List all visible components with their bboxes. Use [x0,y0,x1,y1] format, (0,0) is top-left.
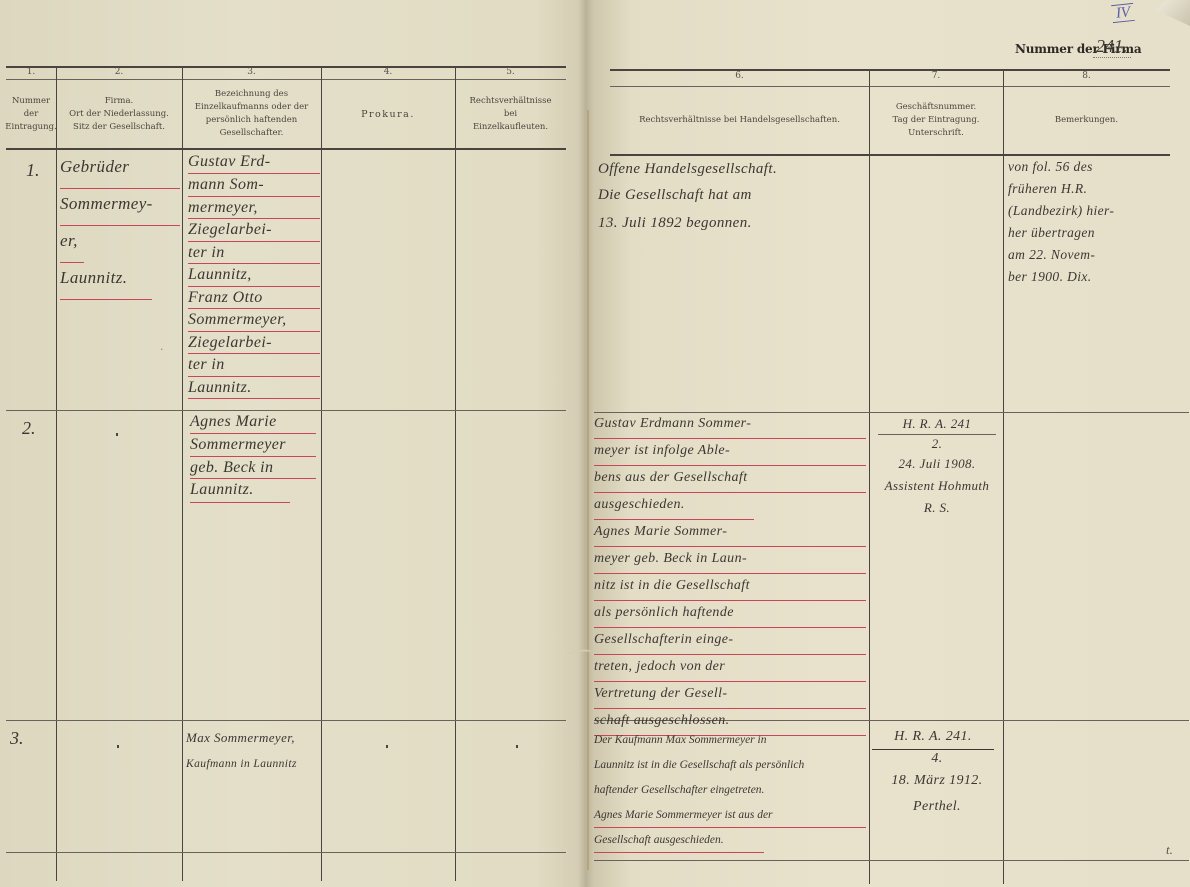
company-line: Offene Handelsgesellschaft. [598,154,866,181]
signature: Assistent Hohmuth [872,475,1002,497]
column-number: 5. [455,67,566,77]
entry-number: 2. [22,418,36,439]
partner-line: Ziegelarbei- [188,219,320,242]
column-header-trading-companies: Rechtsverhältnisse bei Handelsgesellscha… [610,88,869,152]
column-divider [182,66,183,881]
header-number-rule [6,79,566,80]
company-line: meyer geb. Beck in Laun- [594,547,866,574]
company-line: Gustav Erdmann Sommer- [594,412,866,439]
partner-line: geb. Beck in [190,457,316,479]
ditto-tick [386,745,388,748]
partner-line: Launnitz. [188,377,320,399]
column-header-partners: Bezeichnung des Einzelkaufmanns oder der… [182,82,321,146]
row-separator [6,852,566,853]
left-page: 1. 2. 3. 4. 5. Nummer der Eintragung. Fi… [0,0,585,887]
remarks-line: am 22. Novem- [1008,244,1186,266]
partner-line: Max Sommermeyer, [186,725,318,751]
partner-line: mann Som- [188,174,320,197]
column-divider [321,66,322,881]
column-divider [455,66,456,881]
ditto-tick [516,745,518,748]
column-number: 8. [1003,71,1170,81]
company-line: als persönlich haftende [594,601,866,628]
partner-line: ter in [188,354,320,377]
column-header-remarks: Bemerkungen. [1003,88,1170,152]
firm-line: Launnitz. [60,263,152,300]
company-line: Gesellschaft ausgeschieden. [594,828,764,853]
column-number: 4. [321,67,455,77]
firm-line: Sommermey- [60,189,180,226]
column-header-business-number: Geschäftsnummer. Tag der Eintragung. Unt… [869,88,1003,152]
entry-2-partners: Agnes Marie Sommermeyer geb. Beck in Lau… [190,410,316,503]
company-line: Agnes Marie Sommermeyer ist aus der [594,803,866,828]
remarks-line: von fol. 56 des [1008,156,1186,178]
entry-1-remarks: von fol. 56 des früheren H.R. (Landbezir… [1008,156,1186,288]
column-number: 3. [182,67,321,77]
column-divider [1003,69,1004,884]
company-line: nitz ist in die Gesellschaft [594,574,866,601]
ledger-spread: 1. 2. 3. 4. 5. Nummer der Eintragung. Fi… [0,0,1190,887]
company-line: Die Gesellschaft hat am [598,181,866,209]
entry-1-trading-company: Offene Handelsgesellschaft. Die Gesellsc… [598,154,866,237]
page-corner-fold [1156,0,1190,26]
company-line: meyer ist infolge Able- [594,439,866,466]
company-line: Vertretung der Gesell- [594,682,866,709]
entry-number: 1. [26,160,40,181]
company-line: Agnes Marie Sommer- [594,520,866,547]
partner-line: Sommermeyer [190,434,316,457]
signature: Perthel. [872,794,1002,820]
ditto-tick [117,745,119,748]
partner-line: Launnitz. [190,479,290,503]
row-separator [594,860,1189,861]
entry-3-partners: Max Sommermeyer, Kaufmann in Launnitz [186,725,318,777]
column-number: 2. [56,67,182,77]
remarks-line: ber 1900. Dix. [1008,266,1186,288]
entry-1-firm: Gebrüder Sommermey- er, Launnitz. [60,152,180,300]
volume-mark: IV [1111,3,1135,23]
firm-number-value: 241. [1093,36,1131,58]
partner-line: Launnitz, [188,264,320,287]
entry-number: 3. [10,728,24,749]
header-bottom-rule [6,148,566,150]
company-line: Der Kaufmann Max Sommermeyer in [594,728,866,753]
entry-1-partners: Gustav Erd- mann Som- mermeyer, Ziegelar… [188,152,320,399]
row-separator [6,720,566,721]
entry-date: 18. März 1912. [872,768,1002,794]
column-header-prokura: Prokura. [321,82,455,146]
partner-line: Ziegelarbei- [188,332,320,354]
entry-3-trading-company: Der Kaufmann Max Sommermeyer in Launnitz… [594,728,866,853]
column-number: 6. [610,71,869,81]
company-line: 13. Juli 1892 begonnen. [598,209,866,237]
partner-line: Franz Otto [188,287,320,309]
entry-3-business-number: H. R. A. 241. 4. 18. März 1912. Perthel. [872,724,1002,820]
column-header-firm: Firma. Ort der Niederlassung. Sitz der G… [56,82,182,146]
company-line: treten, jedoch von der [594,655,866,682]
column-divider [869,69,870,884]
column-number: 7. [869,71,1003,81]
column-divider [56,66,57,881]
company-line: Launnitz ist in die Gesellschaft als per… [594,753,866,778]
margin-mark: t. [1166,842,1173,858]
pencil-mark: · [160,342,163,357]
register-number: H. R. A. 241 [878,414,996,435]
column-header-entry-number: Nummer der Eintragung. [6,82,56,146]
company-line: haftender Gesellschafter eingetreten. [594,778,866,803]
entry-2-business-number: H. R. A. 241 2. 24. Juli 1908. Assistent… [872,414,1002,519]
remarks-line: her übertragen [1008,222,1186,244]
partner-line: mermeyer, [188,197,320,219]
partner-line: Gustav Erd- [188,152,320,174]
partner-line: Kaufmann in Launnitz [186,751,318,777]
remarks-line: früheren H.R. [1008,178,1186,200]
header-number-rule [610,86,1170,87]
entry-2-trading-company: Gustav Erdmann Sommer- meyer ist infolge… [594,412,866,736]
firm-line: er, [60,226,84,263]
initials: R. S. [872,497,1002,519]
column-number: 1. [6,67,56,77]
partner-line: ter in [188,242,320,264]
entry-date: 24. Juli 1908. [872,453,1002,475]
company-line: bens aus der Gesellschaft [594,466,866,493]
company-line: Gesellschafterin einge- [594,628,866,655]
company-line: ausgeschieden. [594,493,754,520]
register-number: H. R. A. 241. [872,724,994,750]
column-header-sole-traders: Rechtsverhältnisse bei Einzelkaufleuten. [455,82,566,146]
partner-line: Agnes Marie [190,410,316,434]
ditto-tick [116,433,118,436]
firm-line: Gebrüder [60,152,180,189]
sequence-number: 2. [872,435,1002,453]
sequence-number: 4. [872,750,1002,768]
remarks-line: (Landbezirk) hier- [1008,200,1186,222]
partner-line: Sommermeyer, [188,309,320,332]
